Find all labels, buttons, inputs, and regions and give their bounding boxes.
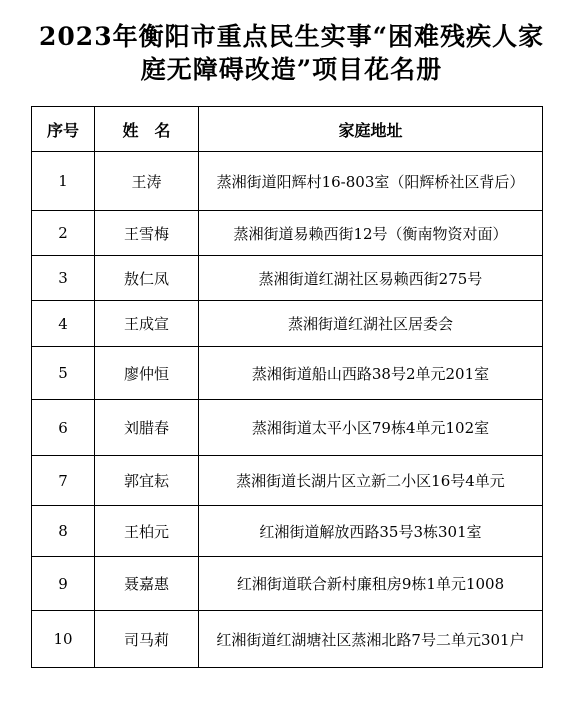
row-address: 蒸湘街道红湖社区易赖西街275号 <box>199 256 543 301</box>
table-row: 3 敖仁凤 蒸湘街道红湖社区易赖西街275号 <box>32 256 543 301</box>
row-name: 敖仁凤 <box>95 256 199 301</box>
row-seq: 1 <box>32 152 95 211</box>
table-row: 1 王涛 蒸湘街道阳辉村16-803室（阳辉桥社区背后） <box>32 152 543 211</box>
table-row: 10 司马莉 红湘街道红湖塘社区蒸湘北路7号二单元301户 <box>32 611 543 668</box>
row-name: 刘腊春 <box>95 400 199 456</box>
row-address: 红湘街道解放西路35号3栋301室 <box>199 506 543 557</box>
roster-table-header: 序号 姓 名 家庭地址 <box>32 107 543 152</box>
row-name: 廖仲恒 <box>95 347 199 400</box>
column-header-seq: 序号 <box>32 107 95 152</box>
page-title-line-2: 庭无障碍改造”项目花名册 <box>0 53 583 86</box>
row-name: 司马莉 <box>95 611 199 668</box>
row-seq: 7 <box>32 456 95 506</box>
row-seq: 4 <box>32 301 95 347</box>
row-name: 郭宜耘 <box>95 456 199 506</box>
row-name: 王涛 <box>95 152 199 211</box>
row-seq: 9 <box>32 557 95 611</box>
row-name: 聂嘉惠 <box>95 557 199 611</box>
row-address: 红湘街道联合新村廉租房9栋1单元1008 <box>199 557 543 611</box>
row-address: 蒸湘街道太平小区79栋4单元102室 <box>199 400 543 456</box>
row-address: 蒸湘街道易赖西街12号（衡南物资对面） <box>199 211 543 256</box>
table-row: 8 王柏元 红湘街道解放西路35号3栋301室 <box>32 506 543 557</box>
table-row: 2 王雪梅 蒸湘街道易赖西街12号（衡南物资对面） <box>32 211 543 256</box>
row-name: 王成宣 <box>95 301 199 347</box>
row-seq: 8 <box>32 506 95 557</box>
column-header-name: 姓 名 <box>95 107 199 152</box>
column-header-address: 家庭地址 <box>199 107 543 152</box>
row-address: 红湘街道红湖塘社区蒸湘北路7号二单元301户 <box>199 611 543 668</box>
row-seq: 3 <box>32 256 95 301</box>
roster-table-body: 1 王涛 蒸湘街道阳辉村16-803室（阳辉桥社区背后） 2 王雪梅 蒸湘街道易… <box>32 152 543 668</box>
row-seq: 10 <box>32 611 95 668</box>
page-title: 2023年衡阳市重点民生实事“困难残疾人家 庭无障碍改造”项目花名册 <box>0 20 583 86</box>
row-address: 蒸湘街道阳辉村16-803室（阳辉桥社区背后） <box>199 152 543 211</box>
table-row: 6 刘腊春 蒸湘街道太平小区79栋4单元102室 <box>32 400 543 456</box>
row-address: 蒸湘街道长湖片区立新二小区16号4单元 <box>199 456 543 506</box>
row-seq: 6 <box>32 400 95 456</box>
roster-table: 序号 姓 名 家庭地址 1 王涛 蒸湘街道阳辉村16-803室（阳辉桥社区背后）… <box>31 106 543 668</box>
table-row: 9 聂嘉惠 红湘街道联合新村廉租房9栋1单元1008 <box>32 557 543 611</box>
table-row: 5 廖仲恒 蒸湘街道船山西路38号2单元201室 <box>32 347 543 400</box>
page-title-line-1: 2023年衡阳市重点民生实事“困难残疾人家 <box>0 20 583 53</box>
row-address: 蒸湘街道红湖社区居委会 <box>199 301 543 347</box>
row-seq: 2 <box>32 211 95 256</box>
table-row: 7 郭宜耘 蒸湘街道长湖片区立新二小区16号4单元 <box>32 456 543 506</box>
row-name: 王雪梅 <box>95 211 199 256</box>
header-row: 序号 姓 名 家庭地址 <box>32 107 543 152</box>
row-address: 蒸湘街道船山西路38号2单元201室 <box>199 347 543 400</box>
table-row: 4 王成宣 蒸湘街道红湖社区居委会 <box>32 301 543 347</box>
row-seq: 5 <box>32 347 95 400</box>
row-name: 王柏元 <box>95 506 199 557</box>
